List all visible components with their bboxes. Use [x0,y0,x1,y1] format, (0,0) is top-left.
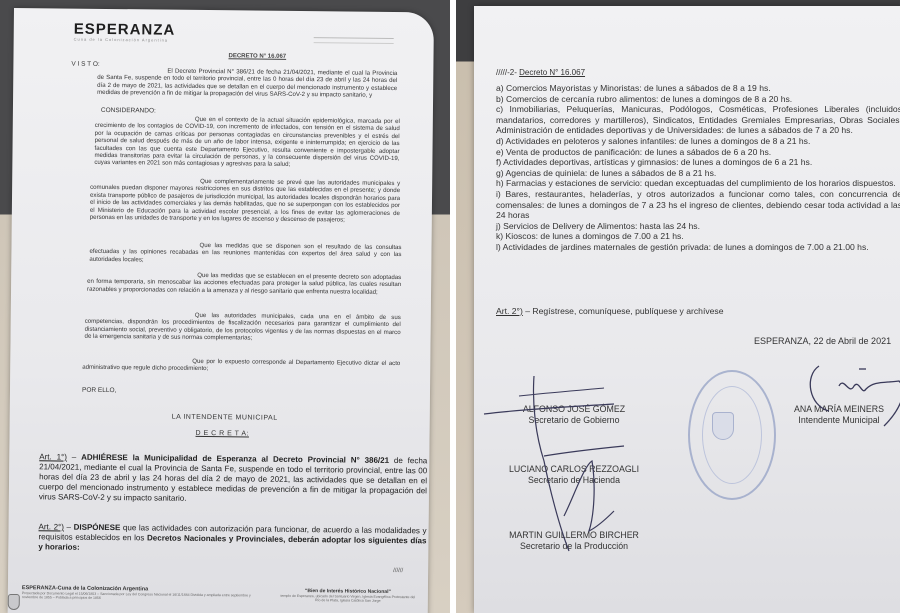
municipal-crest-icon [8,594,20,610]
schedule-item: c) Inmobiliarias, Peluquerías, Manicuras… [496,104,900,136]
schedule-list: a) Comercios Mayoristas y Minoristas: de… [496,83,900,253]
schedule-item: h) Farmacias y estaciones de servicio: q… [496,178,900,189]
page-2-header: /////-2- Decreto N° 16.067 [496,68,585,77]
municipality-tagline: Cuna de la Colonización Argentina [74,37,168,43]
considerando-paragraph-5: Que las autoridades municipales, cada un… [85,311,401,344]
footer-left: ESPERANZA-Cuna de la Colonización Argent… [22,585,252,601]
decree-number: DECRETO N° 16.067 [228,53,286,60]
schedule-item: a) Comercios Mayoristas y Minoristas: de… [496,83,900,94]
schedule-item: g) Agencias de quiniela: de lunes a sába… [496,168,900,179]
signature-intendente-icon [804,361,900,431]
seal-emblem-icon [712,412,734,440]
footer-right: "Bien de Interés Histórico Nacional" tem… [278,588,418,603]
schedule-item: k) Kioscos: de lunes a domingos de 7.00 … [496,231,900,242]
schedule-item: i) Bares, restaurantes, heladerías, y ot… [496,189,900,221]
place-and-date: ESPERANZA, 22 de Abril de 2021 [754,336,891,346]
photo-page-1: ESPERANZA Cuna de la Colonización Argent… [0,0,450,613]
document-sheet-page-2: /////-2- Decreto N° 16.067 a) Comercios … [474,6,900,613]
photo-page-2: /////-2- Decreto N° 16.067 a) Comercios … [456,0,900,613]
considerando-paragraph-6: Que por lo expuesto corresponde al Depar… [82,357,400,375]
schedule-item: l) Actividades de jardines maternales de… [496,242,900,253]
header-address-block [314,37,394,44]
considerando-paragraph-3: Que las medidas que se disponen son el r… [89,241,401,266]
considerando-paragraph-1: Que en el contexto de la actual situació… [94,115,400,170]
visto-heading: V I S T O: [71,61,99,68]
schedule-item: e) Venta de productos de panificación: d… [496,147,900,158]
schedule-item: d) Actividades en peloteros y salones in… [496,136,900,147]
signature-secretaries-icon [474,366,674,566]
considerando-paragraph-2: Que complementariamente se prevé que las… [90,177,400,225]
continuation-mark: ////// [393,568,403,574]
document-sheet-page-1: ESPERANZA Cuna de la Colonización Argent… [8,8,434,613]
article-2-closing: Art. 2°) – Regístrese, comuníquese, publ… [496,306,723,316]
por-ello: POR ELLO, [82,387,116,394]
visto-paragraph: El Decreto Provincial N° 386/21 de fecha… [97,67,397,100]
official-seal-icon [688,370,776,500]
article-2: Art. 2°) – DISPÓNESE que las actividades… [38,522,426,556]
schedule-item: f) Actividades deportivas, artísticas y … [496,157,900,168]
authority-heading: LA INTENDENTE MUNICIPAL [172,414,278,422]
considerando-paragraph-4: Que las medidas que se establecen en el … [87,271,401,297]
decreta-heading: D E C R E T A: [196,430,250,438]
schedule-item: b) Comercios de cercanía rubro alimentos… [496,94,900,105]
considerando-heading: CONSIDERANDO: [101,107,156,115]
article-1: Art. 1°) – ADHIÉRESE la Municipalidad de… [39,452,428,506]
schedule-item: j) Servicios de Delivery de Alimentos: h… [496,221,900,232]
